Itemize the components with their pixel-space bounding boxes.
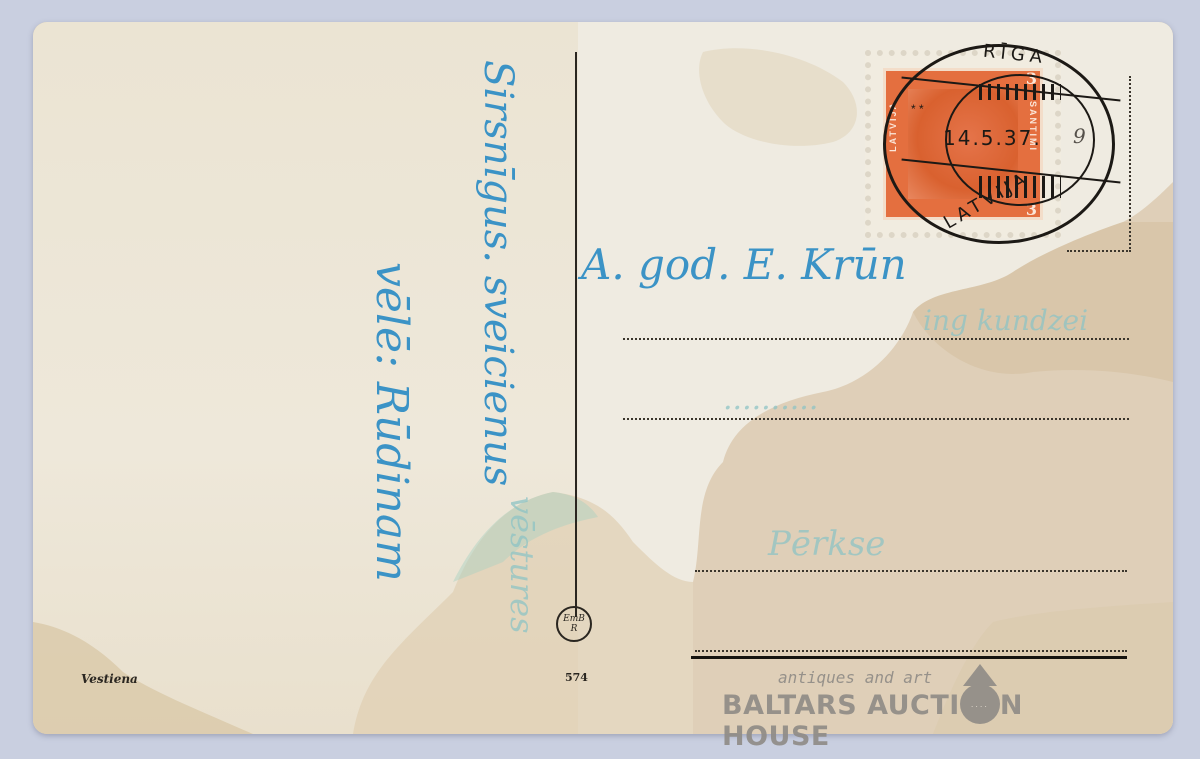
publisher-monogram-logo: EmB R (556, 606, 592, 642)
watermark-logo-disc: .... (960, 684, 1000, 724)
faded-address-line-3: Pērkse (768, 524, 885, 564)
address-dotted-line-4 (695, 650, 1127, 652)
center-divider-line (575, 52, 577, 617)
card-number: 574 (565, 671, 588, 684)
watermark-logo-dots: .... (971, 699, 989, 709)
postmark-time-code: 9 (1073, 124, 1086, 148)
address-dotted-line-3 (695, 570, 1127, 572)
handwritten-message-line-1: Sirsnīgus. sveicienus (475, 60, 521, 486)
watermark-name-part-1: BALTARS AUCTI (722, 690, 960, 721)
faint-ink-bleed-text: vēstures (503, 496, 541, 634)
faded-address-line-1-continuation: ing kundzei (923, 304, 1088, 337)
postcard-back: Sirsnīgus. sveicienus vēlē: Rūdinam vēst… (33, 22, 1173, 734)
postmark-stars: * * (911, 102, 924, 116)
watermark-name: BALTARS AUCTIN HOUSE (722, 690, 1110, 752)
address-dotted-line-2 (623, 418, 1129, 420)
faded-address-line-2: .......... (723, 382, 818, 417)
auction-house-watermark: antiques and art BALTARS AUCTIN HOUSE ..… (690, 668, 1110, 728)
publisher-monogram-top: EmB (563, 614, 585, 624)
postmark-date: 14.5.37. (943, 126, 1042, 150)
handwritten-message-line-2: vēlē: Rūdinam (366, 262, 417, 582)
handwritten-address-line-1: A. god. E. Krūn (581, 240, 907, 289)
publisher-monogram-bottom: R (563, 624, 585, 634)
stamp-area: LATVIJA SANTIMI 3 3 RĪGA * * 14.5.37. 9 … (861, 40, 1133, 250)
address-dotted-line-1 (623, 338, 1129, 340)
watermark-tagline: antiques and art (778, 668, 932, 687)
address-solid-line (691, 656, 1127, 659)
crown-icon (963, 664, 997, 686)
picture-caption: Vestiena (81, 672, 138, 686)
